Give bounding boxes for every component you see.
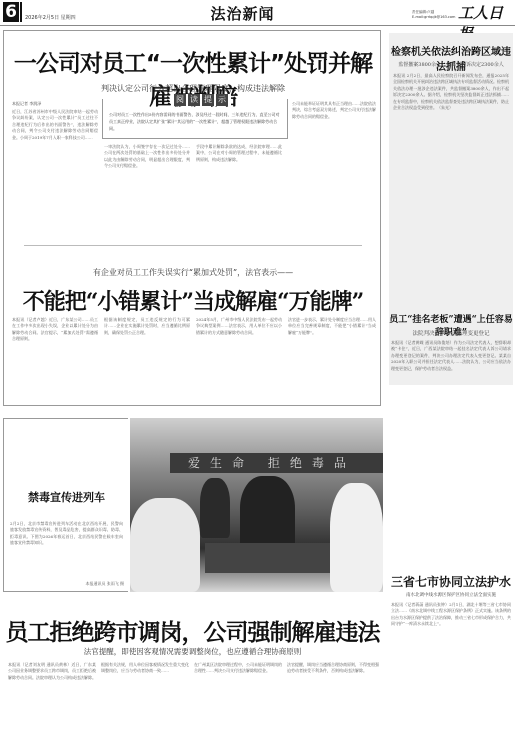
tip-char: 提 [202,94,214,106]
article2-column-3: 2024年5月，广州市中级人民法院发布一起劳动争议典型案例……法官表示，用人单位… [196,317,282,401]
article3-column-3: 在广州某区法院审理过程中，公司未能证明调岗的合理性……判决公司支付违法解除赔偿金… [194,662,282,746]
sidebar1-headline[interactable]: 检察机关依法纠治跨区域违法抓捕 [389,43,513,73]
lead-articles-box: 一公司对员工“一次性累计”处罚并解雇被判赔 判决认定公司行为超出合理管理限度，构… [3,30,381,406]
photo-figure-visitor [330,483,383,592]
article3-column-4: 法官提醒，调岗应当遵循合理协商原则，不得变相强迫劳动者接受不利条件，否则构成违法… [287,662,379,746]
photo-credit: 本报通讯员 张雨飞 摄 [44,581,124,589]
article2-headline[interactable]: 不能把“小错累计”当成解雇“万能牌” [4,285,382,316]
sidebar2-subhead: 法院判决要求公司办理变更登记 [389,329,513,337]
article3-subhead: 法官提醒，即使因客观情况需要调整岗位，也应遵循合理协商原则 [0,646,385,657]
article1-column-3: 手段中累计解除条款的达成，经法院审理……此案中，公司在对小周的管理过程中，未能遵… [196,144,282,227]
masthead: 6 2026年2月5日 星期四 法治新闻 责任编辑:卢越 E-mail:grrb… [0,0,515,26]
article2-column-1: 本报讯（记者卢越）近日，广东某公司……员工在工作中多次出现小失误，企业以累计处分… [12,317,98,401]
article3-headline[interactable]: 员工拒绝跨市调岗，公司强制解雇违法 [0,614,385,647]
editor-email: E-mail:grrbpjk@163.com [412,15,455,20]
article3-column-1: 本报讯（记者刘友明 通讯员黄林）近日，广东某公司因业务调整要求员工跨市调岗，员工… [8,662,96,746]
photo-banner: 爱生命 拒绝毒品 [170,453,383,473]
tip-char: 读 [188,94,200,106]
article2-column-4: 法官进一步表示，累计处分制度应当合理……用人单位应当完善规章制度，不能把“小错累… [288,317,376,401]
photo-figure-officer [200,478,230,538]
article1-column-1: 近日，江苏省苏州市中级人民法院审结一起劳动争议纠纷案，认定公司一次性累计“员工过… [12,109,98,227]
sidebar2-body: 本报讯（记者黄嵘 通讯员陈俊培）作为公司法定代表人，想辞职却被“卡住”，近日，广… [391,340,511,565]
photo-feature-title[interactable]: 禁毒宣传进列车 [4,489,129,505]
article1-column-4: 公司未能举证证明其具有正当理由……法院依法判决，综合考虑双方陈述，判定公司支付违… [292,101,376,227]
reading-tip-title: 阅 读 提 示 [171,94,231,106]
reading-tip-box: 阅 读 提 示 公司对员工一次性作出5份内容雷同的书面警告，涉及经过一段时间，三… [102,99,288,139]
sidebar3-headline[interactable]: 三省七市协同立法护水 [389,573,513,590]
photo-feature-panel: 禁毒宣传进列车 2月2日，北京市禁毒宣传进列车活动在北京西站开展，民警向旅客发放… [3,418,128,592]
article-divider [24,245,362,246]
photo-figure-visitor [130,498,200,592]
sidebar3-body: 本报讯（记者蒋菡 通讯员张钟）2月1日，湖北十堰等三省七市协同立法……《南水北调… [391,602,511,746]
editor-info: 责任编辑:卢越 E-mail:grrbpjk@163.com [412,10,455,20]
article1-column-2: 一审法院认为，小周签字存在一次记过处分……公司在两次处罚的基础上一次性作出多份处… [104,144,190,227]
sidebar1-subhead: 监督撤案3800余人，作出不起诉决定2300余人 [389,61,513,68]
article3-column-2: 根据有关法规，用人单位因客观情况发生重大变化调整岗位，应当与劳动者协商一致…… [101,662,189,746]
article1-byline: 本报记者 李润泽 [12,101,41,107]
photo-display-table [205,543,330,573]
tip-char: 阅 [174,94,186,106]
sidebar3-subhead: 南水北调中线水源区保护区协同立法全面实施 [389,592,513,598]
article1-subhead: 判决认定公司行为超出合理管理限度，构成违法解除 [4,83,382,94]
reading-tip-text: 公司对员工一次性作出5份内容雷同的书面警告，涉及经过一段时间，三年违纪行为，直至… [109,111,283,132]
photo-caption: 2月2日，北京市禁毒宣传进列车活动在北京西站开展，民警向旅客发放禁毒宣传资料，普… [10,521,123,579]
anti-drug-photo[interactable]: 爱生命 拒绝毒品 [130,418,383,592]
article2-column-2: 根据该制度规定，员工违反规定的行为可累计……企业在实施累计处罚时，应当遵循比例原… [104,317,190,401]
sidebar1-body: 本报讯 2月2日，最高人民检察院召开新闻发布会，通报2025年全国检察机关开展纠… [393,73,509,243]
tip-char: 示 [216,94,228,106]
article2-kicker: 有企业对员工工作失误实行“累加式处罚”，法官表示—— [4,267,382,278]
